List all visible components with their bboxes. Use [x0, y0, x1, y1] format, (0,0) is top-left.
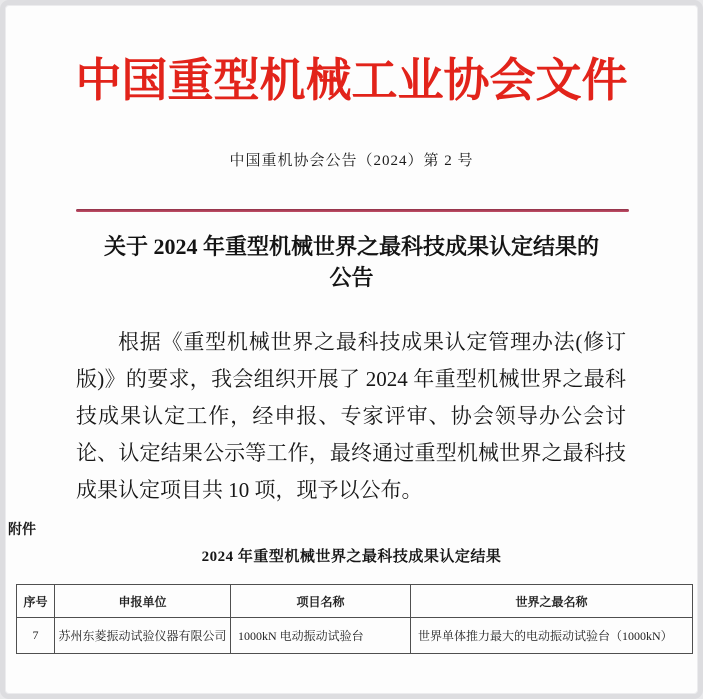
red-divider-line — [76, 209, 629, 212]
attachment-label: 附件 — [8, 519, 36, 539]
header-applicant-unit: 申报单位 — [55, 585, 231, 618]
organization-title: 中国重型机械工业协会文件 — [0, 44, 703, 110]
announcement-title: 关于 2024 年重型机械世界之最科技成果认定结果的公告 — [94, 231, 609, 293]
results-table: 序号 申报单位 项目名称 世界之最名称 7 苏州东菱振动试验仪器有限公司 100… — [16, 584, 693, 654]
table-header-row: 序号 申报单位 项目名称 世界之最名称 — [17, 585, 693, 618]
document-canvas: 中国重型机械工业协会文件 中国重机协会公告（2024）第 2 号 关于 2024… — [0, 0, 703, 699]
table-row: 7 苏州东菱振动试验仪器有限公司 1000kN 电动振动试验台 世界单体推力最大… — [17, 618, 693, 654]
cell-project-name: 1000kN 电动振动试验台 — [231, 618, 411, 654]
document-number: 中国重机协会公告（2024）第 2 号 — [0, 149, 703, 170]
header-world-record-name: 世界之最名称 — [411, 585, 693, 618]
cell-world-record-name: 世界单体推力最大的电动振动试验台（1000kN） — [411, 618, 693, 654]
header-serial-number: 序号 — [17, 585, 55, 618]
header-project-name: 项目名称 — [231, 585, 411, 618]
cell-serial-number: 7 — [17, 618, 55, 654]
announcement-body: 根据《重型机械世界之最科技成果认定管理办法(修订版)》的要求，我会组织开展了 2… — [76, 324, 626, 509]
cell-applicant-unit: 苏州东菱振动试验仪器有限公司 — [55, 618, 231, 654]
results-table-title: 2024 年重型机械世界之最科技成果认定结果 — [0, 545, 703, 566]
